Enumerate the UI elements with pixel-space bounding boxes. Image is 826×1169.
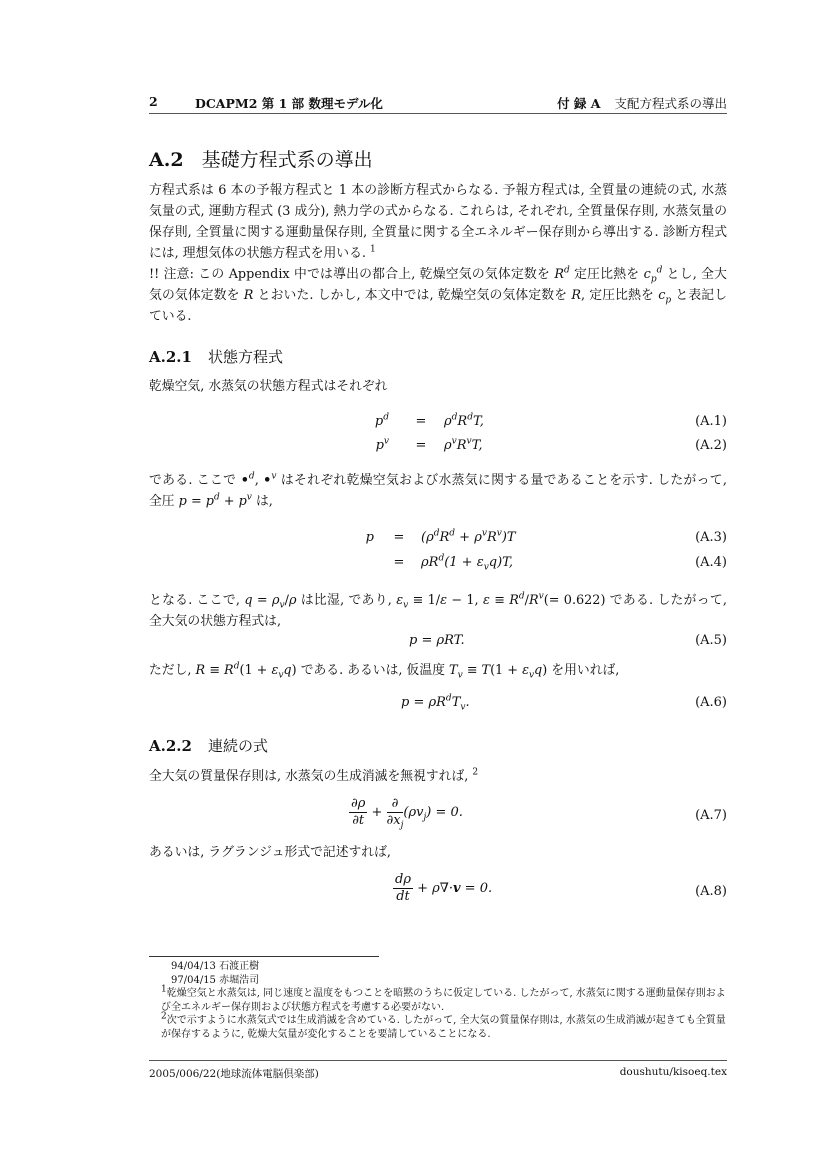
equation-a4: = ρRd(1 + εvq)T, (A.4) <box>149 555 727 575</box>
running-header: 2 DCAPM2 第 1 部 数理モデル化 付 録 A支配方程式系の導出 <box>149 94 727 112</box>
subscript-explanation: である. ここで •d, •v はそれぞれ乾燥空気および水蒸気に関する量であるこ… <box>149 470 727 512</box>
subsection-heading-continuity: A.2.2連続の式 <box>149 735 268 756</box>
subsection-heading-state-equation: A.2.1状態方程式 <box>149 346 283 367</box>
equation-tag: (A.7) <box>695 808 727 823</box>
equation-tag: (A.6) <box>695 695 727 710</box>
header-left-title: DCAPM2 第 1 部 数理モデル化 <box>195 94 383 112</box>
equation-a2: pv = ρvRvT, (A.2) <box>149 438 727 458</box>
footnote-ref-1[interactable]: 1 <box>370 245 376 255</box>
continuity-lead: 全大気の質量保存則は, 水蒸気の生成消滅を無視すれば, 2 <box>149 766 727 787</box>
equation-a8: dρdt + ρ∇·v = 0. (A.8) <box>149 872 727 912</box>
equation-tag: (A.2) <box>695 438 727 453</box>
note-paragraph: !! 注意: この Appendix 中では導出の都合上, 乾燥空気の気体定数を… <box>149 264 727 327</box>
equation-tag: (A.5) <box>695 633 727 648</box>
header-right-title: 付 録 A支配方程式系の導出 <box>557 94 727 112</box>
equation-tag: (A.4) <box>695 555 727 570</box>
section-heading: A.2基礎方程式系の導出 <box>149 145 373 172</box>
footer-filename: doushutu/kisoeq.tex <box>620 1066 727 1078</box>
appendix-label: 付 録 A <box>557 96 600 111</box>
footnote-2: 2次で示すように水蒸気式では生成消滅を含めている. したがって, 全大気の質量保… <box>149 1014 727 1041</box>
equation-a6: p = ρRdTv. (A.6) <box>149 695 727 715</box>
specific-humidity-explanation: となる. ここで, q = ρv/ρ は比湿, であり, εv ≡ 1/ε − … <box>149 590 727 632</box>
history-entry: 97/04/15 赤堀浩司 <box>149 974 727 988</box>
virtual-temperature-explanation: ただし, R ≡ Rd(1 + εvq) である. あるいは, 仮温度 Tv ≡… <box>149 660 727 681</box>
section-title: 基礎方程式系の導出 <box>202 149 373 171</box>
page-number: 2 <box>149 94 158 109</box>
footer-rule <box>149 1060 727 1061</box>
footnotes: 94/04/13 石渡正樹 97/04/15 赤堀浩司 1乾燥空気と水蒸気は, … <box>149 960 727 1041</box>
equation-tag: (A.3) <box>695 530 727 545</box>
epsilon-value: 0.622 <box>564 593 601 608</box>
section-number: A.2 <box>149 149 184 171</box>
intro-paragraph: 方程式系は 6 本の予報方程式と 1 本の診断方程式からなる. 予報方程式は, … <box>149 180 727 264</box>
equation-a7: ∂ρ∂t + ∂∂xj(ρvj) = 0. (A.7) <box>149 796 727 836</box>
equation-tag: (A.8) <box>695 884 727 899</box>
footnote-rule <box>149 956 379 957</box>
footnote-ref-2[interactable]: 2 <box>472 768 478 778</box>
header-rule <box>149 113 727 114</box>
footnote-1: 1乾燥空気と水蒸気は, 同じ速度と温度をもつことを暗黙のうちに仮定している. し… <box>149 987 727 1014</box>
lagrange-lead: あるいは, ラグランジュ形式で記述すれば, <box>149 842 727 863</box>
equation-a5: p = ρRT. (A.5) <box>149 633 727 653</box>
equation-a1: pd = ρdRdT, (A.1) <box>149 414 727 434</box>
history-entry: 94/04/13 石渡正樹 <box>149 960 727 974</box>
state-eq-lead: 乾燥空気, 水蒸気の状態方程式はそれぞれ <box>149 376 727 397</box>
equation-a3: p = (ρdRd + ρvRv)T (A.3) <box>149 530 727 550</box>
equation-tag: (A.1) <box>695 414 727 429</box>
footer-date-org: 2005/006/22(地球流体電脳倶楽部) <box>149 1066 319 1081</box>
